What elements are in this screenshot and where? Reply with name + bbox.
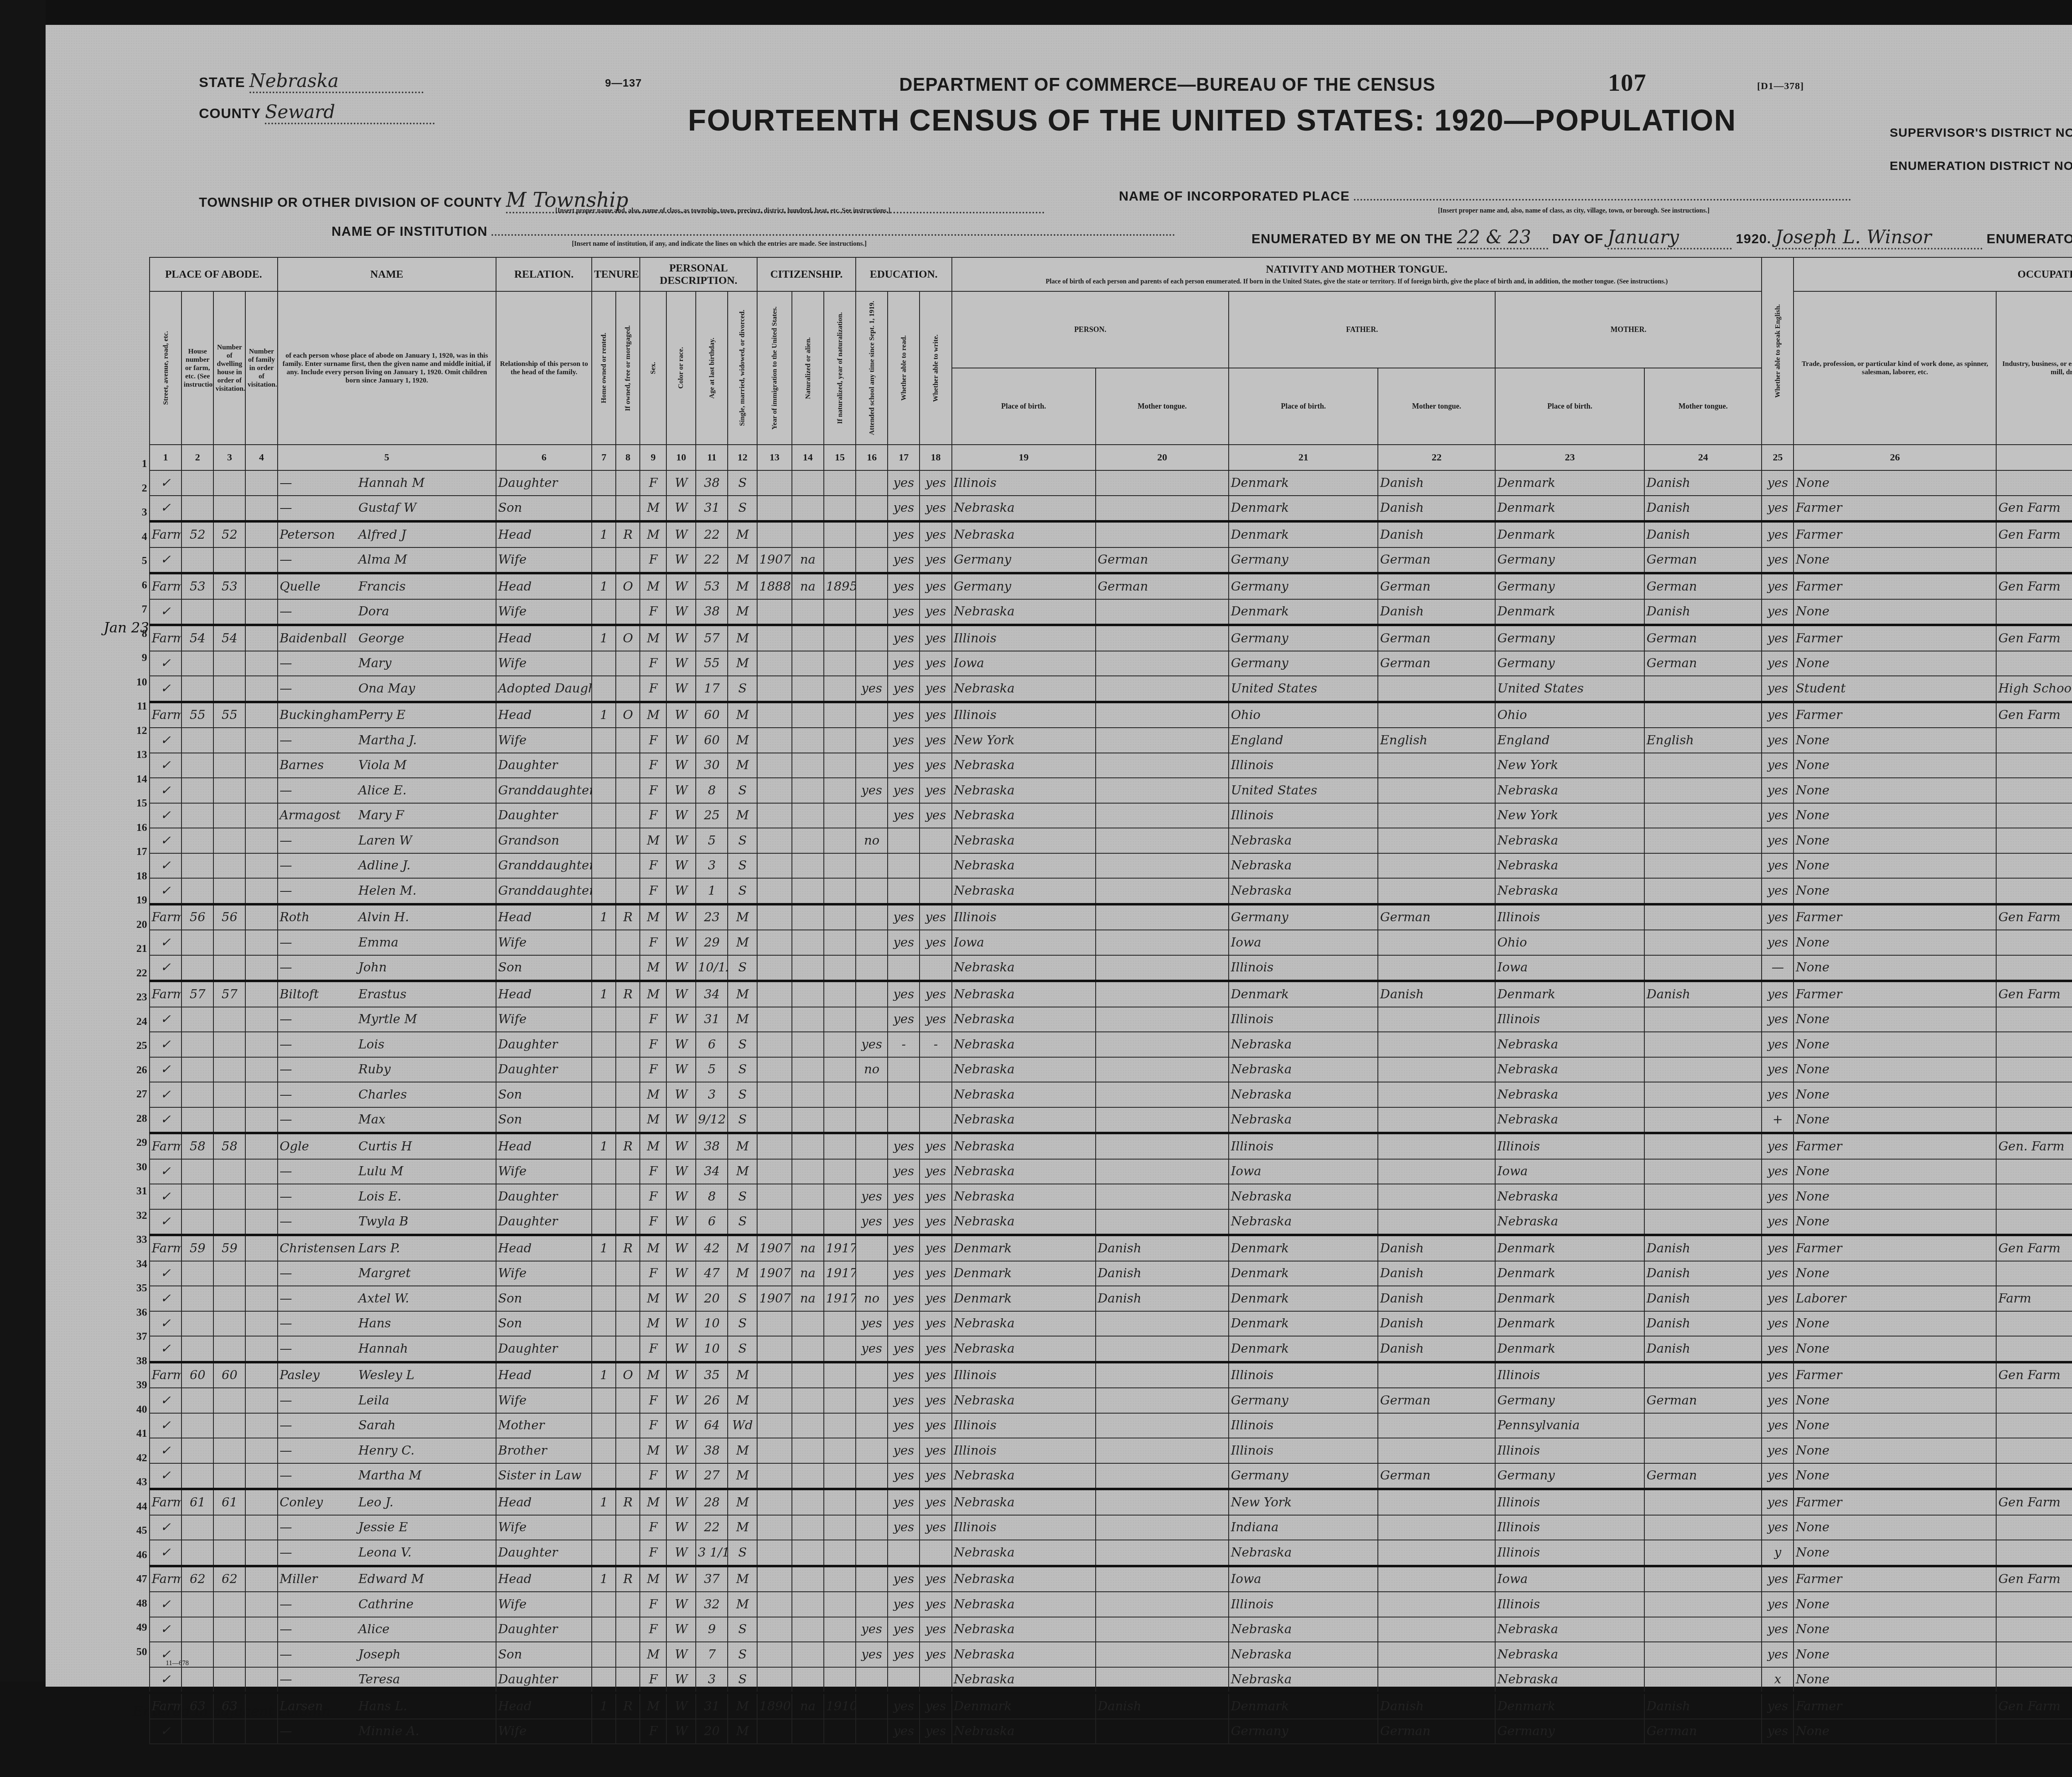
relation-cell: Brother: [496, 1438, 592, 1463]
line-number-left: 47: [135, 1573, 147, 1585]
speaks-english-cell: yes: [1762, 1566, 1794, 1592]
birthplace-cell: Nebraska: [952, 1311, 1096, 1336]
home-owned-cell: [592, 828, 616, 853]
mother-tongue-cell: [1096, 930, 1229, 955]
attended-school-cell: yes: [856, 1032, 888, 1057]
speaks-english-cell: yes: [1762, 1336, 1794, 1362]
mother-mother-tongue-cell: [1644, 930, 1762, 955]
birthplace-cell: Nebraska: [952, 1032, 1096, 1057]
family-number-cell: [245, 1642, 277, 1667]
age-cell: 31: [696, 1007, 728, 1032]
mother-tongue-cell: Danish: [1096, 1261, 1229, 1286]
table-row: Farm5252PetersonAlfred JHead1RMW22Myesye…: [150, 521, 2072, 547]
attended-school-cell: [856, 930, 888, 955]
marital-status-cell: M: [728, 547, 757, 574]
house-number-cell: [182, 778, 213, 803]
sex-cell: M: [640, 1438, 666, 1463]
mother-birthplace-cell: Denmark: [1495, 981, 1644, 1007]
dwelling-number-cell: 59: [213, 1235, 245, 1261]
age-cell: 20: [696, 1286, 728, 1311]
mother-birthplace-cell: Denmark: [1495, 1235, 1644, 1261]
speaks-english-cell: yes: [1762, 728, 1794, 753]
speaks-english-cell: yes: [1762, 1184, 1794, 1209]
mother-birthplace-cell: Nebraska: [1495, 1057, 1644, 1082]
owned-free-cell: [616, 1336, 640, 1362]
speaks-english-cell: x: [1762, 1667, 1794, 1693]
attended-school-cell: [856, 1515, 888, 1540]
house-number-cell: [182, 676, 213, 702]
attended-school-cell: [856, 753, 888, 778]
father-tongue-cell: German: [1378, 904, 1495, 930]
can-write-cell: yes: [920, 599, 951, 625]
immigration-year-cell: [757, 1413, 792, 1438]
relation-cell: Granddaughter: [496, 778, 592, 803]
birthplace-cell: Denmark: [952, 1235, 1096, 1261]
race-cell: W: [666, 1336, 696, 1362]
sex-cell: F: [640, 1336, 666, 1362]
family-number-cell: [245, 778, 277, 803]
street-cell: ✓: [150, 1209, 182, 1235]
industry-cell: [1996, 803, 2072, 828]
line-number-left: 2: [135, 482, 147, 494]
street-cell: Farm: [150, 1235, 182, 1261]
family-number-cell: [245, 1032, 277, 1057]
can-read-cell: yes: [888, 1719, 920, 1744]
table-row: ✓—RubyDaughterFW5SnoNebraskaNebraskaNebr…: [150, 1057, 2072, 1082]
family-number-cell: [245, 981, 277, 1007]
enumeration-district-label: ENUMERATION DISTRICT NO.: [1890, 159, 2072, 173]
surname: —: [280, 1291, 358, 1306]
home-owned-cell: [592, 1032, 616, 1057]
race-cell: W: [666, 496, 696, 522]
mother-mother-tongue-cell: [1644, 1159, 1762, 1184]
speaks-english-cell: yes: [1762, 1057, 1794, 1082]
table-row: ✓—Hannah MDaughterFW38SyesyesIllinoisDen…: [150, 470, 2072, 496]
mother-birthplace-cell: Nebraska: [1495, 778, 1644, 803]
family-number-cell: [245, 1362, 277, 1388]
marital-status-cell: Wd: [728, 1413, 757, 1438]
given-name: Alma M: [358, 552, 407, 567]
mother-birthplace-cell: United States: [1495, 676, 1644, 702]
marital-status-cell: M: [728, 1438, 757, 1463]
can-write-cell: yes: [920, 1515, 951, 1540]
father-birthplace-cell: Denmark: [1229, 599, 1378, 625]
mother-tongue-cell: [1096, 904, 1229, 930]
mother-birthplace-cell: Nebraska: [1495, 1184, 1644, 1209]
dwelling-number-cell: [213, 728, 245, 753]
speaks-english-cell: yes: [1762, 496, 1794, 522]
trade-cell: None: [1794, 803, 1996, 828]
can-read-cell: yes: [888, 1438, 920, 1463]
mother-birthplace-cell: Ohio: [1495, 930, 1644, 955]
birthplace-cell: Nebraska: [952, 955, 1096, 981]
mother-birthplace-cell: Nebraska: [1495, 853, 1644, 879]
name-cell: MillerEdward M: [278, 1566, 496, 1592]
race-cell: W: [666, 1540, 696, 1566]
owned-free-cell: [616, 803, 640, 828]
line-number-left: 36: [135, 1306, 147, 1319]
line-number-left: 44: [135, 1500, 147, 1513]
surname: —: [280, 1622, 358, 1637]
name-cell: OgleCurtis H: [278, 1133, 496, 1159]
age-cell: 55: [696, 651, 728, 676]
table-row: ✓—TeresaDaughterFW3SNebraskaNebraskaNebr…: [150, 1667, 2072, 1693]
speaks-english-cell: yes: [1762, 1693, 1794, 1719]
col-24-label: Mother tongue.: [1644, 368, 1762, 445]
owned-free-cell: [616, 1311, 640, 1336]
sex-cell: M: [640, 1693, 666, 1719]
house-number-cell: [182, 1413, 213, 1438]
house-number-cell: [182, 1336, 213, 1362]
industry-cell: Gen Farm: [1996, 496, 2072, 522]
can-read-cell: [888, 828, 920, 853]
line-number-left: 16: [135, 821, 147, 834]
attended-school-cell: yes: [856, 1184, 888, 1209]
father-birthplace-cell: Nebraska: [1229, 1617, 1378, 1642]
sex-cell: M: [640, 1566, 666, 1592]
sex-cell: F: [640, 1592, 666, 1617]
attended-school-cell: [856, 1261, 888, 1286]
owned-free-cell: [616, 1159, 640, 1184]
speaks-english-cell: yes: [1762, 1719, 1794, 1744]
can-read-cell: yes: [888, 521, 920, 547]
race-cell: W: [666, 1693, 696, 1719]
name-cell: —Emma: [278, 930, 496, 955]
relation-cell: Wife: [496, 930, 592, 955]
street-cell: ✓: [150, 1413, 182, 1438]
name-cell: —Max: [278, 1107, 496, 1133]
father-birthplace-cell: Denmark: [1229, 1693, 1378, 1719]
immigration-year-cell: [757, 599, 792, 625]
house-number-cell: [182, 1261, 213, 1286]
county-value: Seward: [265, 102, 435, 124]
name-cell: BarnesViola M: [278, 753, 496, 778]
industry-cell: [1996, 1515, 2072, 1540]
sex-cell: F: [640, 1057, 666, 1082]
age-cell: 25: [696, 803, 728, 828]
birthplace-cell: Nebraska: [952, 1133, 1096, 1159]
mother-tongue-cell: [1096, 753, 1229, 778]
sex-cell: F: [640, 1032, 666, 1057]
col-7-label: Home owned or rented.: [592, 291, 616, 445]
house-number-cell: 57: [182, 981, 213, 1007]
naturalized-cell: [792, 778, 824, 803]
stamp-number: 107: [1608, 68, 1646, 97]
attended-school-cell: yes: [856, 1617, 888, 1642]
industry-cell: [1996, 470, 2072, 496]
owned-free-cell: [616, 1617, 640, 1642]
immigration-year-cell: 1888: [757, 573, 792, 599]
street-cell: ✓: [150, 778, 182, 803]
surname: Larsen: [280, 1699, 358, 1714]
table-row: ✓—AliceDaughterFW9SyesyesyesNebraskaNebr…: [150, 1617, 2072, 1642]
race-cell: W: [666, 1719, 696, 1744]
immigration-year-cell: [757, 1642, 792, 1667]
dwelling-number-cell: 58: [213, 1133, 245, 1159]
can-write-cell: yes: [920, 981, 951, 1007]
dwelling-number-cell: [213, 1463, 245, 1489]
birthplace-cell: Iowa: [952, 930, 1096, 955]
immigration-year-cell: [757, 853, 792, 879]
birthplace-cell: Nebraska: [952, 1209, 1096, 1235]
race-cell: W: [666, 573, 696, 599]
street-cell: ✓: [150, 1311, 182, 1336]
can-write-cell: yes: [920, 496, 951, 522]
column-number: 7: [592, 445, 616, 470]
can-read-cell: yes: [888, 702, 920, 728]
mother-tongue-cell: Danish: [1096, 1235, 1229, 1261]
naturalization-year-cell: 1917: [824, 1261, 856, 1286]
sex-cell: M: [640, 1311, 666, 1336]
race-cell: W: [666, 625, 696, 651]
attended-school-cell: [856, 599, 888, 625]
naturalized-cell: [792, 651, 824, 676]
mother-mother-tongue-cell: Danish: [1644, 1286, 1762, 1311]
can-write-cell: yes: [920, 1719, 951, 1744]
house-number-cell: [182, 1719, 213, 1744]
birthplace-cell: Nebraska: [952, 1082, 1096, 1107]
race-cell: W: [666, 728, 696, 753]
mother-mother-tongue-cell: [1644, 1515, 1762, 1540]
mother-mother-tongue-cell: English: [1644, 728, 1762, 753]
mother-birthplace-cell: Iowa: [1495, 955, 1644, 981]
can-write-cell: yes: [920, 1311, 951, 1336]
attended-school-cell: [856, 1159, 888, 1184]
mother-mother-tongue-cell: [1644, 1489, 1762, 1515]
mother-birthplace-cell: Denmark: [1495, 599, 1644, 625]
can-read-cell: -: [888, 1032, 920, 1057]
father-tongue-cell: Danish: [1378, 496, 1495, 522]
trade-cell: None: [1794, 1107, 1996, 1133]
attended-school-cell: [856, 853, 888, 879]
surname: Quelle: [280, 579, 358, 594]
can-read-cell: [888, 1082, 920, 1107]
race-cell: W: [666, 1667, 696, 1693]
industry-cell: [1996, 1463, 2072, 1489]
institution-hint: [Insert name of institution, if any, and…: [572, 240, 867, 248]
attended-school-cell: [856, 803, 888, 828]
naturalized-cell: [792, 1032, 824, 1057]
immigration-year-cell: [757, 728, 792, 753]
home-owned-cell: 1: [592, 521, 616, 547]
relation-cell: Daughter: [496, 1540, 592, 1566]
relation-cell: Wife: [496, 1592, 592, 1617]
family-number-cell: [245, 702, 277, 728]
age-cell: 31: [696, 1693, 728, 1719]
trade-cell: Farmer: [1794, 573, 1996, 599]
table-row: ✓—Martha MSister in LawFW27MyesyesNebras…: [150, 1463, 2072, 1489]
naturalization-year-cell: [824, 676, 856, 702]
birthplace-cell: Nebraska: [952, 981, 1096, 1007]
can-read-cell: [888, 878, 920, 904]
name-cell: —Martha J.: [278, 728, 496, 753]
street-cell: ✓: [150, 1719, 182, 1744]
home-owned-cell: 1: [592, 1693, 616, 1719]
naturalized-cell: na: [792, 1235, 824, 1261]
column-number-row: 1234567891011121314151617181920212223242…: [150, 445, 2072, 470]
age-cell: 60: [696, 728, 728, 753]
sex-cell: M: [640, 521, 666, 547]
mother-birthplace-cell: Germany: [1495, 625, 1644, 651]
can-write-cell: yes: [920, 1286, 951, 1311]
line-number-left: 39: [135, 1379, 147, 1391]
incorporated-place-field: NAME OF INCORPORATED PLACE: [1119, 189, 1851, 204]
naturalization-year-cell: [824, 778, 856, 803]
mother-tongue-cell: [1096, 1489, 1229, 1515]
immigration-year-cell: [757, 1362, 792, 1388]
street-cell: ✓: [150, 1184, 182, 1209]
can-write-cell: yes: [920, 1463, 951, 1489]
street-cell: ✓: [150, 1082, 182, 1107]
mother-birthplace-cell: Germany: [1495, 547, 1644, 574]
race-cell: W: [666, 1592, 696, 1617]
home-owned-cell: 1: [592, 1566, 616, 1592]
immigration-year-cell: [757, 981, 792, 1007]
mother-birthplace-cell: Nebraska: [1495, 1032, 1644, 1057]
can-write-cell: yes: [920, 728, 951, 753]
col-21-label: Place of birth.: [1229, 368, 1378, 445]
relation-cell: Daughter: [496, 1209, 592, 1235]
house-number-cell: [182, 547, 213, 574]
race-cell: W: [666, 702, 696, 728]
birthplace-cell: Nebraska: [952, 778, 1096, 803]
given-name: Mary: [358, 656, 392, 671]
marital-status-cell: S: [728, 1032, 757, 1057]
can-write-cell: yes: [920, 904, 951, 930]
race-cell: W: [666, 1032, 696, 1057]
father-tongue-cell: [1378, 1082, 1495, 1107]
race-cell: W: [666, 1438, 696, 1463]
street-cell: ✓: [150, 753, 182, 778]
dwelling-number-cell: [213, 753, 245, 778]
sex-cell: F: [640, 1515, 666, 1540]
immigration-year-cell: [757, 1057, 792, 1082]
naturalization-year-cell: 1910: [824, 1693, 856, 1719]
name-cell: ChristensenLars P.: [278, 1235, 496, 1261]
dwelling-number-cell: [213, 803, 245, 828]
naturalized-cell: [792, 1540, 824, 1566]
mother-mother-tongue-cell: German: [1644, 573, 1762, 599]
can-read-cell: yes: [888, 496, 920, 522]
marital-status-cell: S: [728, 676, 757, 702]
home-owned-cell: [592, 1057, 616, 1082]
mother-mother-tongue-cell: [1644, 1540, 1762, 1566]
owned-free-cell: [616, 547, 640, 574]
birthplace-cell: Nebraska: [952, 828, 1096, 853]
father-tongue-cell: Danish: [1378, 521, 1495, 547]
enumerated-label: ENUMERATED BY ME ON THE: [1251, 231, 1453, 246]
line-number-left: 43: [135, 1476, 147, 1488]
speaks-english-cell: yes: [1762, 702, 1794, 728]
house-number-cell: [182, 496, 213, 522]
street-cell: ✓: [150, 728, 182, 753]
table-row: ✓—LeilaWifeFW26MyesyesNebraskaGermanyGer…: [150, 1388, 2072, 1413]
father-tongue-cell: Danish: [1378, 1336, 1495, 1362]
name-cell: —Adline J.: [278, 853, 496, 879]
father-birthplace-cell: Germany: [1229, 1719, 1378, 1744]
owned-free-cell: O: [616, 702, 640, 728]
mother-tongue-cell: [1096, 803, 1229, 828]
speaks-english-cell: yes: [1762, 1082, 1794, 1107]
father-tongue-cell: [1378, 878, 1495, 904]
speaks-english-cell: yes: [1762, 573, 1794, 599]
immigration-year-cell: [757, 1311, 792, 1336]
can-write-cell: yes: [920, 470, 951, 496]
father-birthplace-cell: Nebraska: [1229, 1057, 1378, 1082]
line-number-left: 1: [135, 458, 147, 470]
sex-cell: F: [640, 1007, 666, 1032]
attended-school-cell: no: [856, 1057, 888, 1082]
given-name: Max: [358, 1112, 386, 1127]
name-cell: —Ona May: [278, 676, 496, 702]
mother-tongue-cell: [1096, 1463, 1229, 1489]
institution-field: NAME OF INSTITUTION: [332, 224, 1175, 239]
father-birthplace-cell: Illinois: [1229, 803, 1378, 828]
home-owned-cell: 1: [592, 1489, 616, 1515]
speaks-english-cell: yes: [1762, 470, 1794, 496]
house-number-cell: [182, 599, 213, 625]
owned-free-cell: [616, 778, 640, 803]
family-number-cell: [245, 470, 277, 496]
father-tongue-cell: Danish: [1378, 599, 1495, 625]
birthplace-cell: Nebraska: [952, 1463, 1096, 1489]
institution-value: [491, 234, 1175, 236]
line-number-left: 4: [135, 530, 147, 543]
immigration-year-cell: [757, 1719, 792, 1744]
owned-free-cell: [616, 1032, 640, 1057]
name-cell: —Dora: [278, 599, 496, 625]
enumerator-label: ENUMERATOR.: [1987, 231, 2072, 246]
birthplace-cell: Nebraska: [952, 1489, 1096, 1515]
column-number: 20: [1096, 445, 1229, 470]
age-cell: 10: [696, 1311, 728, 1336]
trade-cell: Farmer: [1794, 521, 1996, 547]
birthplace-cell: New York: [952, 728, 1096, 753]
immigration-year-cell: 1907: [757, 547, 792, 574]
family-number-cell: [245, 1413, 277, 1438]
home-owned-cell: [592, 496, 616, 522]
marital-status-cell: M: [728, 599, 757, 625]
dwelling-number-cell: [213, 1336, 245, 1362]
col-20-label: Mother tongue.: [1096, 368, 1229, 445]
given-name: Axtel W.: [358, 1291, 409, 1306]
trade-cell: None: [1794, 828, 1996, 853]
can-write-cell: [920, 955, 951, 981]
can-read-cell: yes: [888, 1159, 920, 1184]
mother-mother-tongue-cell: [1644, 1184, 1762, 1209]
township-label: TOWNSHIP OR OTHER DIVISION OF COUNTY: [199, 195, 502, 210]
owned-free-cell: [616, 728, 640, 753]
line-number-left: 6: [135, 579, 147, 591]
name-cell: —Axtel W.: [278, 1286, 496, 1311]
mother-mother-tongue-cell: [1644, 1667, 1762, 1693]
dwelling-number-cell: [213, 1540, 245, 1566]
col-2-label: House number or farm, etc. (See instruct…: [182, 291, 213, 445]
birthplace-cell: Nebraska: [952, 1540, 1096, 1566]
mother-mother-tongue-cell: [1644, 878, 1762, 904]
family-number-cell: [245, 1184, 277, 1209]
mother-birthplace-cell: Iowa: [1495, 1566, 1644, 1592]
dwelling-number-cell: [213, 676, 245, 702]
dwelling-number-cell: [213, 1592, 245, 1617]
father-tongue-cell: Danish: [1378, 1261, 1495, 1286]
family-number-cell: [245, 930, 277, 955]
dwelling-number-cell: [213, 1388, 245, 1413]
mother-tongue-cell: [1096, 470, 1229, 496]
family-number-cell: [245, 1336, 277, 1362]
age-cell: 32: [696, 1592, 728, 1617]
column-number: 14: [792, 445, 824, 470]
